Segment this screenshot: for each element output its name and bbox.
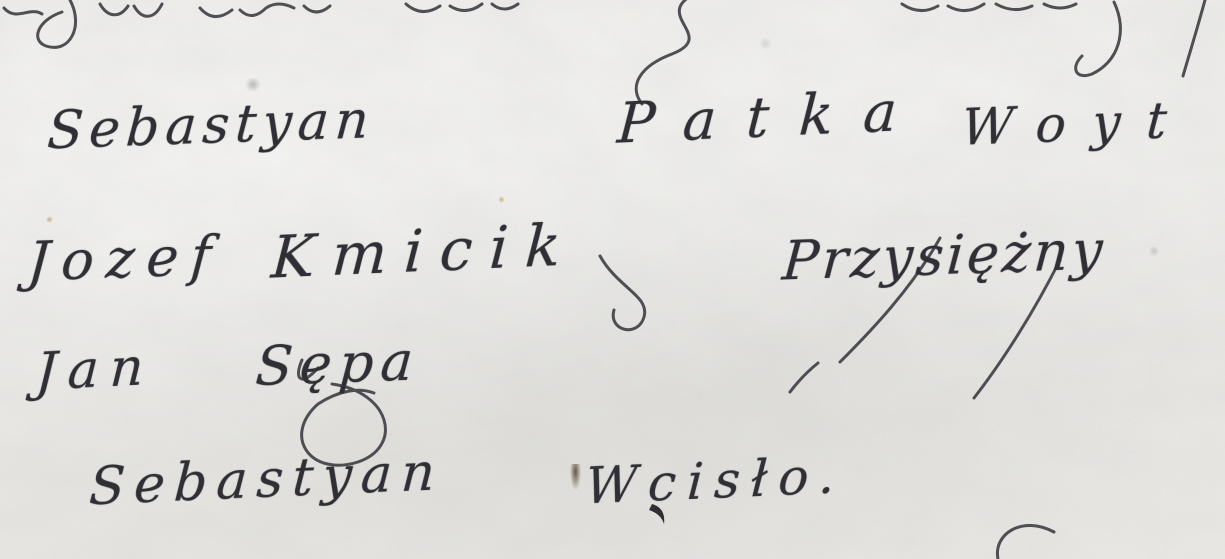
handwritten-word-jozef: Jozef: [26, 229, 225, 290]
handwritten-word-patka: Patka: [616, 83, 929, 152]
manuscript-page: Sebastyan Patka Woyt Jozef Kmicik Przysi…: [0, 0, 1225, 559]
handwritten-word-wcislo: Wcisło.: [584, 450, 847, 511]
handwritten-word-przysiezny: Przysiężny: [781, 223, 1108, 288]
handwritten-word-woyt: Woyt: [960, 95, 1195, 153]
handwritten-word-sepa: Sępa: [254, 334, 422, 394]
handwritten-word-kmicik: Kmicik: [270, 215, 580, 286]
handwritten-word-sebastyan: Sebastyan: [46, 94, 377, 157]
handwritten-word-sebastyan-2: Sebastyan: [88, 446, 446, 513]
handwritten-word-jan: Jan: [34, 341, 156, 399]
handwriting-layer: Sebastyan Patka Woyt Jozef Kmicik Przysi…: [0, 0, 1225, 559]
